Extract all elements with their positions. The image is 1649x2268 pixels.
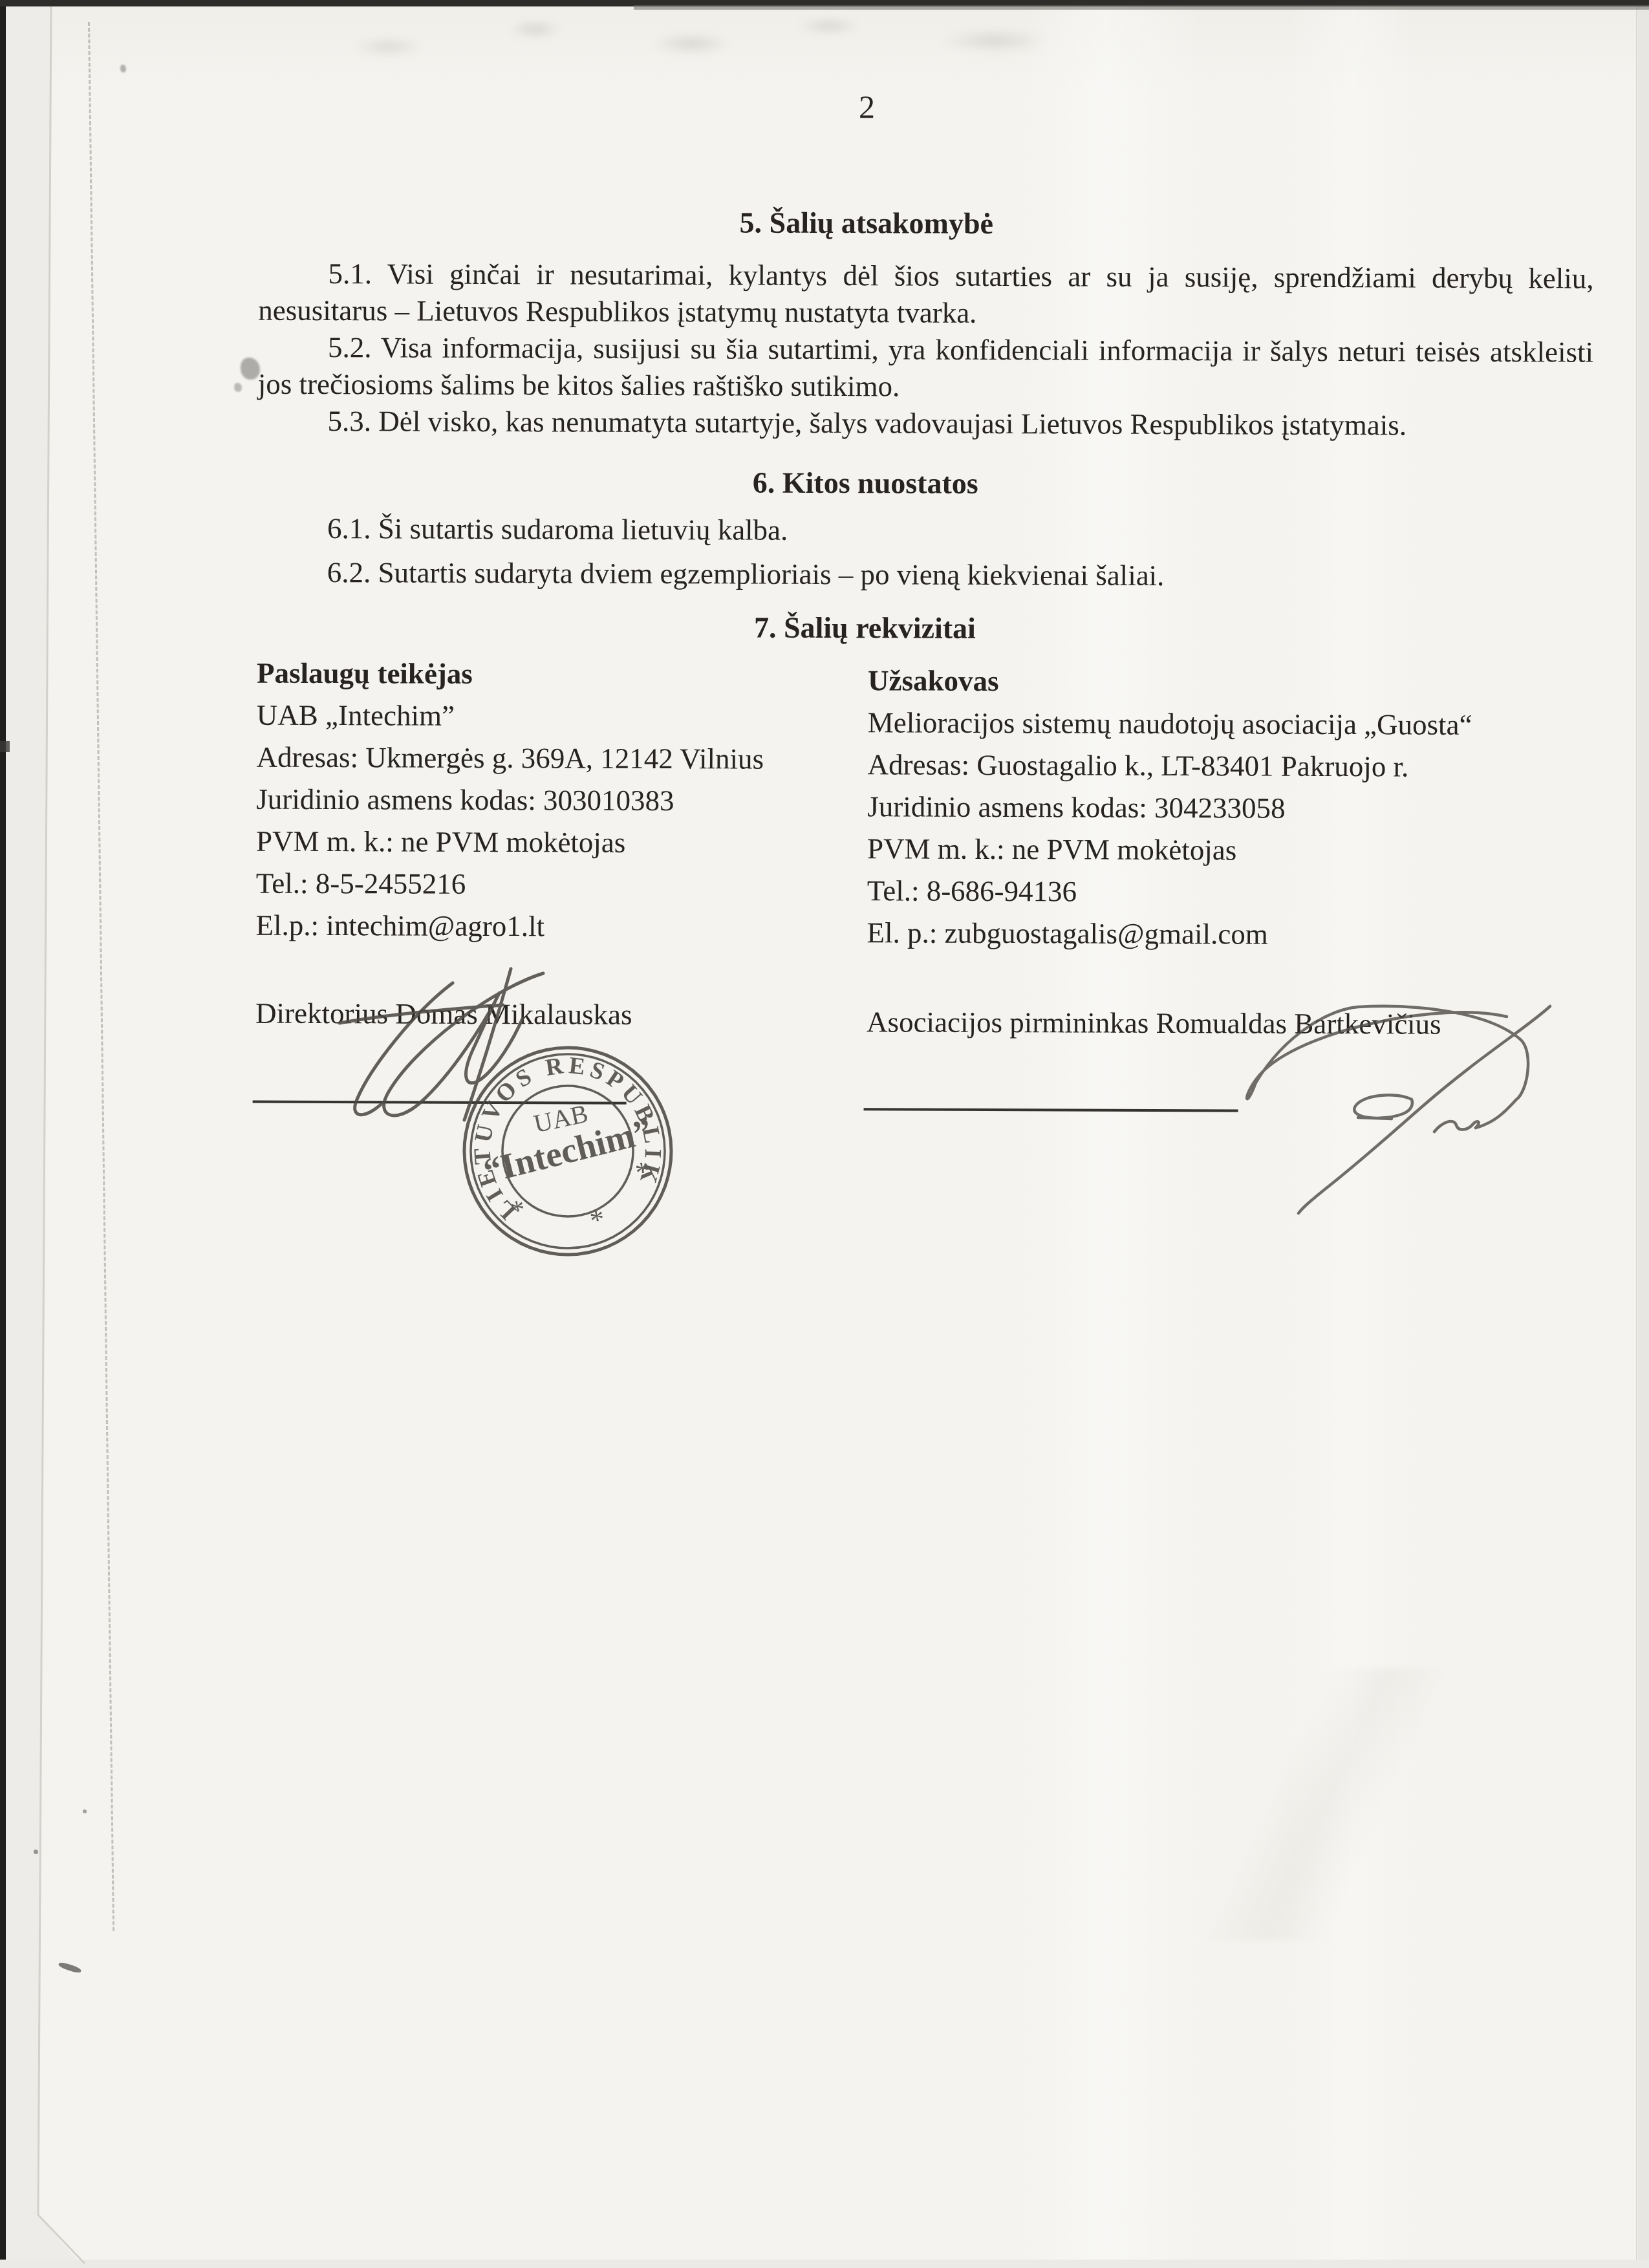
scanned-contract-page: 2 5. Šalių atsakomybė 5.1. Visi ginčai i… — [0, 0, 1649, 2268]
customer-handwritten-signature — [1247, 1006, 1550, 1213]
stamp-star-icon: * — [508, 1193, 528, 1227]
paper-edge-line — [38, 6, 85, 2263]
stamp-star-icon: * — [632, 1155, 653, 1189]
ink-overlay: LIETUVOS RESPUBLIKA UAB “Intechim” * * * — [0, 0, 1649, 2268]
stamp-star-icon: * — [587, 1203, 608, 1237]
